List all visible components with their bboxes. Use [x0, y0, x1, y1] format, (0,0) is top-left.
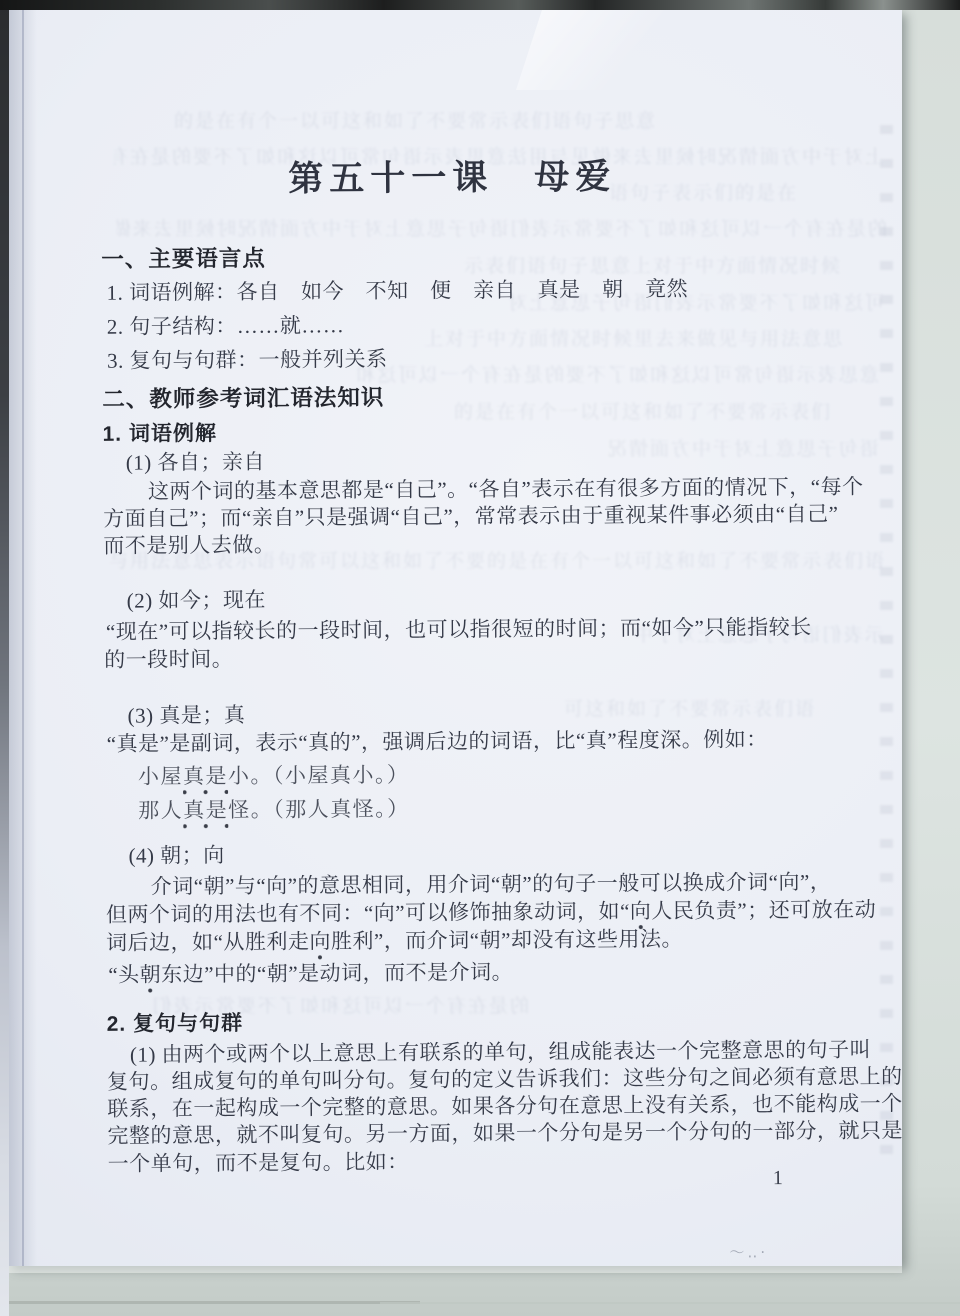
- emphasized-text: 真是: [183, 764, 228, 795]
- outline-item3-text: 一般并列关系: [258, 347, 387, 372]
- entry3-example: 那人真是怪。（那人真怪。）: [138, 796, 410, 825]
- entry4-line: 但两个词的用法也有不同：“向”可以修饰抽象动词，如“向人民负责”；还可放在动: [106, 896, 876, 928]
- outline-item2-text: ……就……: [237, 313, 345, 338]
- outline-item-words: 1. 词语例解：各自 如今 不知 便 亲自 真是 朝 竟然: [106, 276, 688, 307]
- table-edge-line: [380, 1302, 960, 1304]
- body-text: 但两个词的用法也有不同：“向”可以修饰抽象动词，如“: [106, 899, 630, 927]
- example-text: 小屋: [138, 764, 183, 788]
- entry1-label: (1) 各自；亲自: [126, 449, 265, 477]
- body-text: 词后边，如“从胜利走: [106, 929, 309, 954]
- emphasized-text: 真是: [183, 798, 228, 829]
- outline-item3-label: 3. 复句与句群：: [107, 348, 259, 373]
- page-bottom-edge: [9, 1266, 902, 1273]
- lesson-title: 第五十一课 母爱: [6, 152, 899, 204]
- page-number: 1: [773, 1165, 783, 1191]
- entry3-example: 小屋真是小。（小屋真小。）: [138, 762, 410, 791]
- body-text: 东边”中的“朝”是动词，而不是介词。: [161, 960, 513, 986]
- pencil-mark: ～‥·: [729, 1243, 768, 1261]
- entry4-label: (4) 朝；向: [128, 842, 224, 870]
- section2-heading: 二、教师参考词汇语法知识: [102, 384, 384, 413]
- scan-edge-top: [0, 0, 960, 10]
- entry2-label: (2) 如今；现在: [127, 587, 266, 615]
- outline-item-structure: 2. 句子结构：……就……: [107, 312, 345, 341]
- subheading-compound-sentences: 2. 复句与句群: [107, 1010, 244, 1038]
- outline-item2-label: 2. 句子结构：: [107, 314, 237, 339]
- section1-heading: 一、主要语言点: [101, 245, 266, 273]
- outline-item1-label: 1. 词语例解：: [106, 280, 236, 305]
- outline-item-compound: 3. 复句与句群：一般并列关系: [107, 346, 388, 375]
- table-edge-line: [0, 1301, 420, 1304]
- outline-item1-words: 各自 如今 不知 便 亲自 真是 朝 竟然: [236, 277, 688, 304]
- entry2-line: “现在”可以指较长的一段时间，也可以指很短的时间；而“如今”只能指较长: [106, 614, 812, 646]
- scan-edge-left: [0, 0, 9, 1316]
- entry1-line: 而不是别人去做。: [103, 532, 275, 560]
- entry4-line: 词后边，如“从胜利走向胜利”，而介词“朝”却没有这些用法。: [106, 926, 683, 957]
- scanned-book-photo: 的是在有个一以可这和如了不要常示表们语句子思意 上对于中方面情况时候里去来做见与…: [0, 0, 960, 1316]
- entry3-label: (3) 真是；真: [127, 702, 245, 730]
- example-text: 那人: [138, 798, 183, 822]
- body-text: 人民负责”；还可放在动: [651, 897, 876, 923]
- subheading-word-examples: 1. 词语例解: [102, 420, 217, 448]
- example-text: 怪。（那人真怪。）: [228, 797, 410, 822]
- page-content: 第五十一课 母爱 一、主要语言点 1. 词语例解：各自 如今 不知 便 亲自 真…: [5, 6, 907, 1268]
- body-text: 胜利”，而介词“朝”却没有这些用法。: [331, 927, 683, 953]
- book-page: 的是在有个一以可这和如了不要常示表们语句子思意 上对于中方面情况时候里去来做见与…: [9, 10, 902, 1266]
- entry3-line: “真是”是副词，表示“真的”，强调后边的词语，比“真”程度深。例如：: [107, 726, 768, 758]
- entry4-line: 介词“朝”与“向”的意思相同，用介词“朝”的句子一般可以换成介词“向”，: [151, 869, 832, 901]
- emphasized-text: 朝: [140, 962, 162, 993]
- entry5-line: 完整的意思，就不叫复句。另一方面，如果一个分句是另一个分句的一部分，就只是: [107, 1117, 903, 1150]
- entry4-line: “头朝东边”中的“朝”是动词，而不是介词。: [108, 959, 513, 989]
- entry2-line: 的一段时间。: [104, 646, 233, 674]
- emphasized-text: 向: [309, 929, 331, 960]
- entry1-line: 方面自己”；而“亲自”只是强调“自己”，常常表示由于重视某件事必须由“自己”: [103, 501, 838, 533]
- body-text: “头: [108, 963, 139, 987]
- entry5-line: 一个单句，而不是复句。比如：: [108, 1149, 409, 1178]
- example-text: 小。（小屋真小。）: [228, 763, 410, 788]
